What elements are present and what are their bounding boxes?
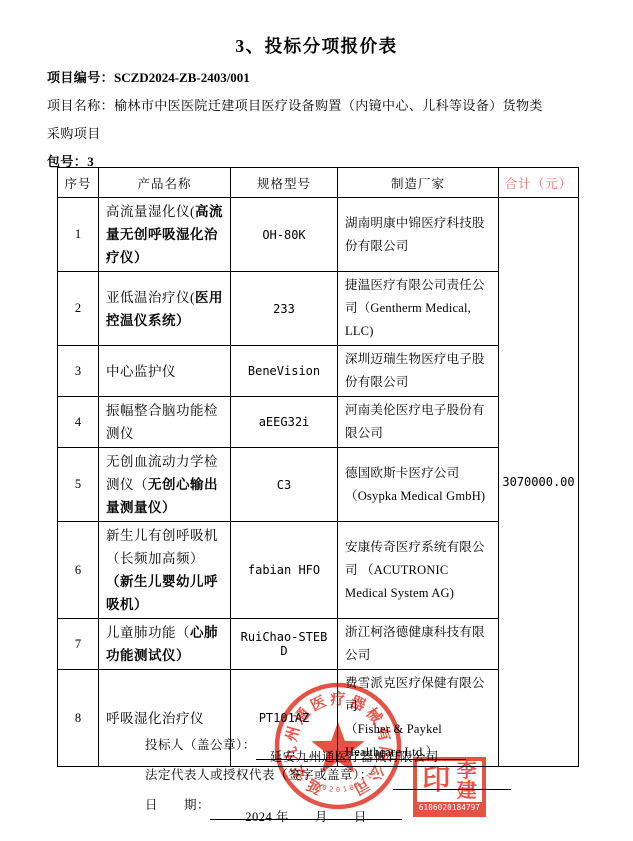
project-name-label: 项目名称：: [47, 98, 114, 113]
cell-serial: 6: [58, 522, 99, 619]
representative-line: 法定代表人或授权代表（签字或盖章）：: [145, 760, 511, 790]
cell-model: fabian HFO: [231, 522, 338, 619]
representative-label: 法定代表人或授权代表（签字或盖章）：: [145, 768, 373, 782]
cell-manufacturer: 捷温医疗有限公司责任公司（Gentherm Medical, LLC): [338, 272, 499, 346]
bidder-name: 延安九州通医疗器械有限公司: [256, 742, 466, 760]
cell-serial: 7: [58, 619, 99, 670]
cell-serial: 3: [58, 346, 99, 397]
cell-product-name: 振幅整合脑功能检测仪: [99, 397, 231, 448]
price-table-header: 序号 产品名称 规格型号 制造厂家 合计（元）: [58, 168, 579, 198]
cell-serial: 8: [58, 670, 99, 767]
cell-product-name: 亚低温治疗仪(医用控温仪系统）: [99, 272, 231, 346]
cell-manufacturer: 河南美伦医疗电子股份有限公司: [338, 397, 499, 448]
price-table-body: 1高流量湿化仪(高流量无创呼吸湿化治疗仪）OH-80K湖南明康中锦医疗科技股份有…: [58, 198, 579, 767]
bidder-line: 投标人（盖公章）：延安九州通医疗器械有限公司: [145, 730, 511, 760]
cell-manufacturer: 湖南明康中锦医疗科技股份有限公司: [338, 198, 499, 272]
cell-serial: 4: [58, 397, 99, 448]
date-label: 日 期：: [145, 798, 210, 812]
header-model: 规格型号: [231, 168, 338, 198]
cell-model: OH-80K: [231, 198, 338, 272]
table-row: 1高流量湿化仪(高流量无创呼吸湿化治疗仪）OH-80K湖南明康中锦医疗科技股份有…: [58, 198, 579, 272]
cell-serial: 5: [58, 448, 99, 522]
signature-block: 投标人（盖公章）：延安九州通医疗器械有限公司 法定代表人或授权代表（签字或盖章）…: [145, 730, 511, 820]
cell-product-name: 中心监护仪: [99, 346, 231, 397]
project-name-value: 榆林市中医医院迁建项目医疗设备购置（内镜中心、儿科等设备）货物类: [114, 98, 543, 113]
cell-product-name: 无创血流动力学检测仪（无创心输出量测量仪）: [99, 448, 231, 522]
project-name-line: 项目名称：榆林市中医医院迁建项目医疗设备购置（内镜中心、儿科等设备）货物类: [47, 92, 587, 120]
bidder-label: 投标人（盖公章）：: [145, 738, 256, 752]
date-value: 2024 年 月 日: [210, 802, 402, 820]
cell-model: C3: [231, 448, 338, 522]
cell-model: 233: [231, 272, 338, 346]
cell-serial: 1: [58, 198, 99, 272]
header-serial: 序号: [58, 168, 99, 198]
cell-total-value: 3070000.00: [499, 198, 579, 767]
header-total: 合计（元）: [499, 168, 579, 198]
price-table: 序号 产品名称 规格型号 制造厂家 合计（元） 1高流量湿化仪(高流量无创呼吸湿…: [57, 167, 579, 767]
header-product-name: 产品名称: [99, 168, 231, 198]
cell-model: RuiChao-STEBD: [231, 619, 338, 670]
document-page: 3、投标分项报价表 项目编号：SCZD2024-ZB-2403/001 项目名称…: [0, 0, 633, 841]
date-line: 日 期：2024 年 月 日: [145, 790, 511, 820]
cell-manufacturer: 浙江柯洛德健康科技有限公司: [338, 619, 499, 670]
project-number-label: 项目编号：: [47, 70, 114, 85]
representative-signature-blank: [393, 772, 511, 790]
cell-manufacturer: 安康传奇医疗系统有限公司 （ACUTRONIC Medical System A…: [338, 522, 499, 619]
cell-manufacturer: 深圳迈瑞生物医疗电子股份有限公司: [338, 346, 499, 397]
cell-manufacturer: 德国欧斯卡医疗公司 （Osypka Medical GmbH): [338, 448, 499, 522]
project-number-line: 项目编号：SCZD2024-ZB-2403/001: [47, 64, 587, 92]
header-manufacturer: 制造厂家: [338, 168, 499, 198]
project-meta: 项目编号：SCZD2024-ZB-2403/001 项目名称：榆林市中医医院迁建…: [47, 64, 587, 176]
cell-model: aEEG32i: [231, 397, 338, 448]
page-title: 3、投标分项报价表: [0, 33, 633, 58]
cell-product-name: 新生儿有创呼吸机（长频加高频）（新生儿婴幼儿呼吸机）: [99, 522, 231, 619]
cell-product-name: 高流量湿化仪(高流量无创呼吸湿化治疗仪）: [99, 198, 231, 272]
cell-model: BeneVision: [231, 346, 338, 397]
project-name-cont-line: 采购项目: [47, 120, 587, 148]
cell-serial: 2: [58, 272, 99, 346]
project-number-value: SCZD2024-ZB-2403/001: [114, 70, 250, 85]
cell-product-name: 儿童肺功能（心肺功能测试仪）: [99, 619, 231, 670]
